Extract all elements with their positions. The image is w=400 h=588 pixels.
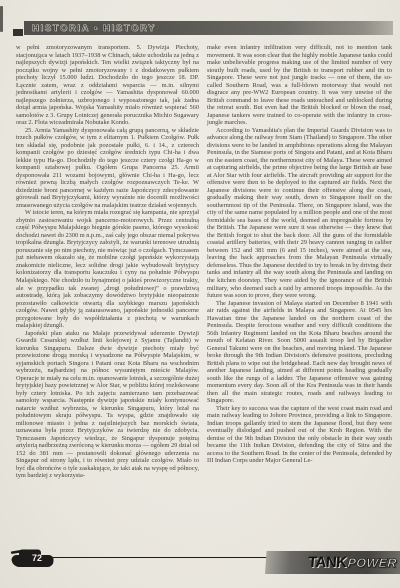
magazine-page: HISTORIA • HISTORY w pełni zmotoryzowany…	[0, 0, 400, 588]
footer-rule	[46, 557, 272, 558]
left-column-polish: w pełni zmotoryzowanym transportem. 5. D…	[16, 44, 199, 480]
paragraph-pl-4: Japoński plan ataku na Malaje przewidywa…	[16, 330, 199, 480]
page-number-tank-icon: 72	[10, 544, 54, 571]
right-column-english: make even infantry infiltration very dif…	[207, 44, 392, 480]
paragraph-en-2: According to Yamashita's plan the Imperi…	[207, 127, 392, 300]
header-tick-mark	[13, 29, 23, 36]
paragraph-pl-1: w pełni zmotoryzowanym transportem. 5. D…	[16, 44, 199, 127]
paragraph-en-4: Their key to success was the capture of …	[207, 405, 392, 465]
tankpower-logo: TANKPOWER	[265, 551, 400, 574]
scan-edge-artifact	[0, 6, 3, 32]
section-title: HISTORIA • HISTORY	[24, 23, 156, 34]
article-body: w pełni zmotoryzowanym transportem. 5. D…	[16, 44, 392, 480]
paragraph-en-1: make even infantry infiltration very dif…	[207, 44, 392, 127]
logo-text-tank: TANK	[307, 554, 347, 571]
logo-text-power: POWER	[347, 556, 397, 570]
paragraph-pl-2: 25. Armia Yamashity dysponowała całą gru…	[16, 127, 199, 210]
page-number: 72	[25, 553, 49, 563]
section-banner: HISTORIA • HISTORY	[24, 21, 393, 35]
paragraph-pl-3: W istocie teren, na którym miała rozegra…	[16, 209, 199, 329]
paragraph-en-3: The Japanese invasion of Malaya started …	[207, 300, 392, 405]
